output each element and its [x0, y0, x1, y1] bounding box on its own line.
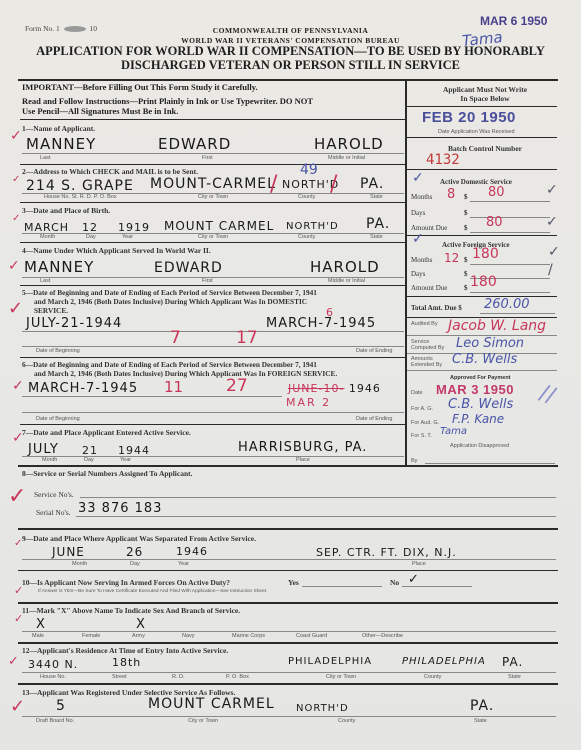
q11-option-label: Other—Describe — [362, 633, 403, 639]
instructions-line3: Use Pencil—All Signatures Must Be in Ink… — [22, 106, 178, 116]
section-divider — [18, 465, 558, 467]
q4-last-name[interactable]: MANNEY — [24, 258, 94, 276]
divider — [20, 202, 405, 203]
q12-label: 12—Applicant's Residence At Time of Entr… — [22, 646, 228, 655]
q11-mark-army[interactable]: X — [136, 617, 146, 632]
q5-line-1 — [22, 331, 404, 332]
st-signature: Tama — [440, 426, 467, 437]
audited-label: Audited By — [411, 321, 441, 327]
check-mark-icon: ✓ — [14, 584, 23, 597]
foreign-months-amount: 180 — [472, 246, 499, 262]
q5-begin-label: Date of Beginning — [36, 348, 80, 354]
q7-place-label: Place — [296, 457, 310, 463]
q1-first-label: First — [202, 155, 213, 161]
check-mark-icon: ✓ — [12, 378, 24, 394]
q13-county[interactable]: NORTH'D — [296, 703, 349, 714]
domestic-due-line — [470, 232, 550, 233]
section-divider — [18, 602, 558, 604]
q13-city[interactable]: MOUNT CARMEL — [148, 696, 275, 712]
serial-no-label: Serial No's. — [36, 508, 71, 517]
dollar-sign: $ — [464, 193, 468, 201]
q4-last-label: Last — [40, 278, 50, 284]
q10-yes-label: Yes — [288, 578, 299, 587]
q12-rd-label: R. D. — [172, 674, 185, 680]
office-heading: Applicant Must Not Write — [410, 85, 560, 94]
q5-end-date[interactable]: MARCH-7-1945 — [266, 316, 376, 331]
q5-line-2 — [22, 346, 404, 347]
ag-signature: C.B. Wells — [448, 397, 513, 412]
check-mark-icon: ✓ — [548, 244, 560, 260]
q12-house[interactable]: 3440 N. — [28, 658, 78, 671]
check-mark-icon: / — [548, 262, 553, 278]
q11-option-label: Navy — [182, 633, 195, 639]
divider — [20, 357, 405, 358]
q11-line — [22, 631, 556, 632]
q10-yes-field[interactable] — [302, 586, 382, 587]
check-mark-icon: ✓ — [14, 538, 22, 549]
q7-line — [22, 456, 404, 457]
q12-city[interactable]: PHILADELPHIA — [288, 656, 372, 667]
q2-city[interactable]: MOUNT-CARMEL — [150, 176, 276, 192]
q6-end-correction: MAR 2 — [286, 396, 331, 409]
q12-county-label: County — [424, 674, 441, 680]
extended-label: Amounts Extended By — [411, 356, 451, 368]
office-heading2: In Space Below — [410, 94, 560, 103]
check-mark-icon: ✓ — [10, 696, 25, 717]
check-mark-icon: ✓ — [546, 182, 558, 198]
domestic-days-label: Days — [411, 209, 425, 217]
q4-middle-name[interactable]: HAROLD — [310, 258, 380, 276]
q13-county-label: County — [338, 718, 355, 724]
divider — [20, 424, 405, 425]
q2-street[interactable]: 214 S. GRAPE — [26, 178, 134, 194]
q5-end-correction: 6 — [326, 306, 333, 319]
extended-signature: C.B. Wells — [452, 352, 517, 367]
q4-first-label: First — [202, 278, 213, 284]
q13-state[interactable]: PA. — [470, 698, 494, 714]
received-label: Date Application Was Received — [438, 129, 515, 135]
compensation-application-form: Form No. 1 10 COMMONWEALTH OF PENNSYLVAN… — [0, 0, 581, 750]
q7-month[interactable]: JULY — [28, 442, 59, 457]
q2-state[interactable]: PA. — [360, 176, 384, 192]
q12-county[interactable]: PHILADELPHIA — [402, 656, 486, 667]
q5-label-line2: and March 2, 1946 (Both Dates Inclusive)… — [34, 297, 307, 306]
q6-end-date-struck[interactable]: JUNE-10- 1946 — [288, 382, 381, 395]
q1-label: 1—Name of Applicant. — [22, 124, 95, 133]
domestic-days-line — [470, 217, 550, 218]
st-label: For S. T. — [411, 433, 432, 439]
q8-label: 8—Service or Serial Numbers Assigned To … — [22, 469, 193, 478]
q12-city-label: City or Town — [326, 674, 356, 680]
q1-middle-label: Middle or Initial — [328, 155, 365, 161]
total-value: 260.00 — [484, 297, 530, 312]
computed-signature: Leo Simon — [456, 336, 524, 351]
section-divider — [18, 528, 558, 530]
q5-begin-date[interactable]: JULY-21-1944 — [26, 316, 122, 331]
q2-label: 2—Address to Which CHECK and MAIL is to … — [22, 167, 198, 176]
service-no-field[interactable] — [80, 497, 556, 498]
divider — [20, 119, 405, 120]
q3-label: 3—Date and Place of Birth. — [22, 206, 110, 215]
foreign-months-value: 12 — [444, 251, 459, 265]
q2-county-note: 49 — [300, 162, 318, 178]
q5-label-line1: 5—Date of Beginning and Date of Ending o… — [22, 288, 317, 297]
domestic-due-amount: 80 — [486, 215, 503, 230]
divider — [20, 285, 405, 286]
q5-end-label: Date of Ending — [356, 348, 392, 354]
q2-state-label: State — [370, 194, 383, 200]
office-divider — [407, 169, 557, 170]
check-mark-icon: ✓ — [14, 612, 23, 625]
q3-city[interactable]: MOUNT CARMEL — [164, 219, 274, 233]
q9-line — [22, 559, 556, 560]
office-divider — [407, 235, 557, 236]
dollar-sign: $ — [464, 256, 468, 264]
approval-strokes: // — [536, 380, 558, 409]
received-stamp: FEB 20 1950 — [422, 109, 516, 126]
q1-middle-name[interactable]: HAROLD — [314, 135, 384, 153]
check-mark-icon: ✓ — [12, 430, 24, 446]
office-divider — [407, 106, 557, 107]
check-mark-icon: ✓ — [8, 258, 20, 274]
q9-year[interactable]: 1946 — [176, 545, 208, 558]
divider — [20, 164, 405, 165]
q7-place[interactable]: HARRISBURG, PA. — [238, 440, 367, 455]
q1-last-label: Last — [40, 155, 50, 161]
foreign-due-label: Amount Due — [411, 284, 447, 292]
blue-check-icon: ✓ — [412, 170, 424, 186]
q6-end-label: Date of Ending — [356, 416, 392, 422]
q10-no-mark[interactable]: ✓ — [408, 572, 420, 587]
domestic-months-value: 8 — [447, 187, 455, 202]
q13-board-label: Draft Board No. — [36, 718, 74, 724]
q11-label: 11—Mark "X" Above Name To Indicate Sex A… — [22, 606, 240, 615]
check-mark-icon: ✓ — [10, 128, 22, 144]
q6-begin-date[interactable]: MARCH-7-1945 — [28, 381, 138, 396]
by-label: By — [411, 458, 417, 464]
blue-check-icon: ✓ — [412, 231, 424, 247]
q3-city-label: City or Town — [198, 234, 228, 240]
dollar-sign: $ — [464, 284, 468, 292]
q9-place-label: Place — [412, 561, 426, 567]
q3-state[interactable]: PA. — [366, 216, 390, 232]
q7-year-label: Year — [120, 457, 131, 463]
by-line — [425, 463, 555, 464]
q9-label: 9—Date and Place Where Applicant Was Sep… — [22, 534, 256, 543]
total-label: Total Amt. Due $ — [411, 304, 462, 312]
office-divider — [407, 296, 557, 297]
form-title-line2: DISCHARGED VETERAN OR PERSON STILL IN SE… — [0, 58, 581, 73]
section-divider — [18, 570, 558, 571]
approved-date-stamp: MAR 3 1950 — [436, 382, 514, 397]
q7-label: 7—Date and Place Applicant Entered Activ… — [22, 428, 191, 437]
foreign-due-amount: 180 — [470, 274, 497, 290]
q5-months-note: 7 — [170, 328, 181, 348]
q2-city-label: City or Town — [198, 194, 228, 200]
q6-line-2 — [22, 412, 404, 413]
check-mark-icon: ✓ — [546, 214, 558, 230]
check-mark-icon: ✓ — [12, 174, 20, 185]
q11-mark-male[interactable]: X — [36, 617, 46, 632]
q3-month-label: Month — [40, 234, 55, 240]
approved-label: Approved For Payment — [450, 375, 511, 381]
q11-option-label: Marine Corps — [232, 633, 265, 639]
check-mark-icon: ✓ — [12, 213, 20, 224]
service-no-label: Service No's. — [34, 490, 74, 499]
domestic-months-line — [470, 201, 550, 202]
foreign-days-label: Days — [411, 270, 425, 278]
q10-no-label: No — [390, 578, 399, 587]
q13-state-label: State — [474, 718, 487, 724]
q12-po-label: P. O. Box — [226, 674, 249, 680]
q6-months-note: 11 — [164, 378, 183, 396]
struck-end-date: JUNE-10- — [288, 382, 344, 395]
q13-city-label: City or Town — [188, 718, 218, 724]
q11-option-label: Female — [82, 633, 100, 639]
domestic-months-amount: 80 — [488, 185, 505, 200]
q4-middle-label: Middle or Initial — [328, 278, 365, 284]
q11-option-label: Male — [32, 633, 44, 639]
q1-last-name[interactable]: MANNEY — [26, 135, 96, 153]
instructions-line2: Read and Follow Instructions—Print Plain… — [22, 96, 313, 106]
q7-month-label: Month — [42, 457, 57, 463]
foreign-due-line — [470, 292, 550, 293]
q3-state-label: State — [370, 234, 383, 240]
foreign-months-line — [470, 264, 550, 265]
aud-signature: F.P. Kane — [452, 412, 504, 426]
section-divider — [18, 642, 558, 644]
aud-label: For Aud. G. — [411, 420, 439, 426]
q12-street-label: Street — [112, 674, 127, 680]
divider — [20, 242, 405, 243]
total-line — [480, 313, 555, 314]
batch-number: 4132 — [426, 152, 460, 168]
q3-county-label: County — [298, 234, 315, 240]
received-date-stamp: MAR 6 1950 — [480, 14, 547, 28]
date-label: Date — [411, 390, 423, 396]
instructions-line1: IMPORTANT—Before Filling Out This Form S… — [22, 82, 258, 92]
section-divider — [18, 683, 558, 685]
extended-line — [407, 370, 557, 371]
office-divider — [407, 137, 557, 138]
q6-line-1 — [22, 396, 282, 397]
domestic-months-label: Months — [411, 193, 432, 201]
q9-day-label: Day — [130, 561, 140, 567]
disapproved-label: Application Disapproved — [450, 443, 509, 449]
q1-line — [22, 153, 404, 154]
q5-label-line3: SERVICE. — [34, 306, 68, 315]
q9-place[interactable]: SEP. CTR. FT. DIX, N.J. — [316, 546, 457, 559]
check-mark-icon: ✓ — [8, 484, 26, 509]
q1-first-name[interactable]: EDWARD — [158, 135, 231, 153]
q12-street[interactable]: 18th — [112, 656, 141, 669]
q3-day-label: Day — [86, 234, 96, 240]
check-mark-icon: ✓ — [8, 298, 23, 319]
q6-label-line2: and March 2, 1946 (Both Dates Inclusive)… — [34, 369, 337, 378]
computed-label: Service Computed By — [411, 339, 451, 351]
header-divider — [18, 79, 558, 81]
check-mark-icon: ✓ — [8, 654, 19, 669]
dollar-sign: $ — [464, 209, 468, 217]
dollar-sign: $ — [464, 224, 468, 232]
q11-option-label: Army — [132, 633, 145, 639]
q13-board[interactable]: 5 — [56, 698, 66, 714]
q12-house-label: House No. — [40, 674, 66, 680]
q12-line — [22, 672, 556, 673]
q12-state[interactable]: PA. — [502, 655, 523, 669]
q9-day[interactable]: 26 — [126, 545, 143, 559]
q6-days-note: 27 — [226, 376, 248, 396]
q12-state-label: State — [508, 674, 521, 680]
q7-day-label: Day — [84, 457, 94, 463]
ag-label: For A. G. — [411, 406, 433, 412]
audited-signature: Jacob W. Lang — [448, 318, 546, 334]
q6-begin-label: Date of Beginning — [36, 416, 80, 422]
q9-month-label: Month — [72, 561, 87, 567]
foreign-months-label: Months — [411, 256, 432, 264]
q10-label: 10—Is Applicant Now Serving In Armed For… — [22, 578, 230, 587]
q10-note: If Answer is YES—Be Sure To Have Certifi… — [38, 589, 267, 594]
q4-label: 4—Name Under Which Applicant Served In W… — [22, 246, 211, 255]
q13-line — [22, 716, 556, 717]
q11-option-label: Coast Guard — [296, 633, 327, 639]
q2-county-label: County — [298, 194, 315, 200]
serial-no-value[interactable]: 33 876 183 — [78, 501, 162, 516]
dollar-sign: $ — [464, 270, 468, 278]
q9-month[interactable]: JUNE — [52, 545, 85, 559]
q6-label-line1: 6—Date of Beginning and Date of Ending o… — [22, 360, 317, 369]
q4-first-name[interactable]: EDWARD — [154, 260, 223, 276]
q5-days-note: 17 — [236, 328, 258, 348]
serial-no-line — [76, 516, 556, 517]
q3-county[interactable]: NORTH'D — [286, 221, 339, 232]
q9-year-label: Year — [178, 561, 189, 567]
q3-year-label: Year — [122, 234, 133, 240]
end-year: 1946 — [349, 382, 381, 395]
q2-street-label: House No. St. R. D. P. O. Box — [44, 194, 117, 200]
